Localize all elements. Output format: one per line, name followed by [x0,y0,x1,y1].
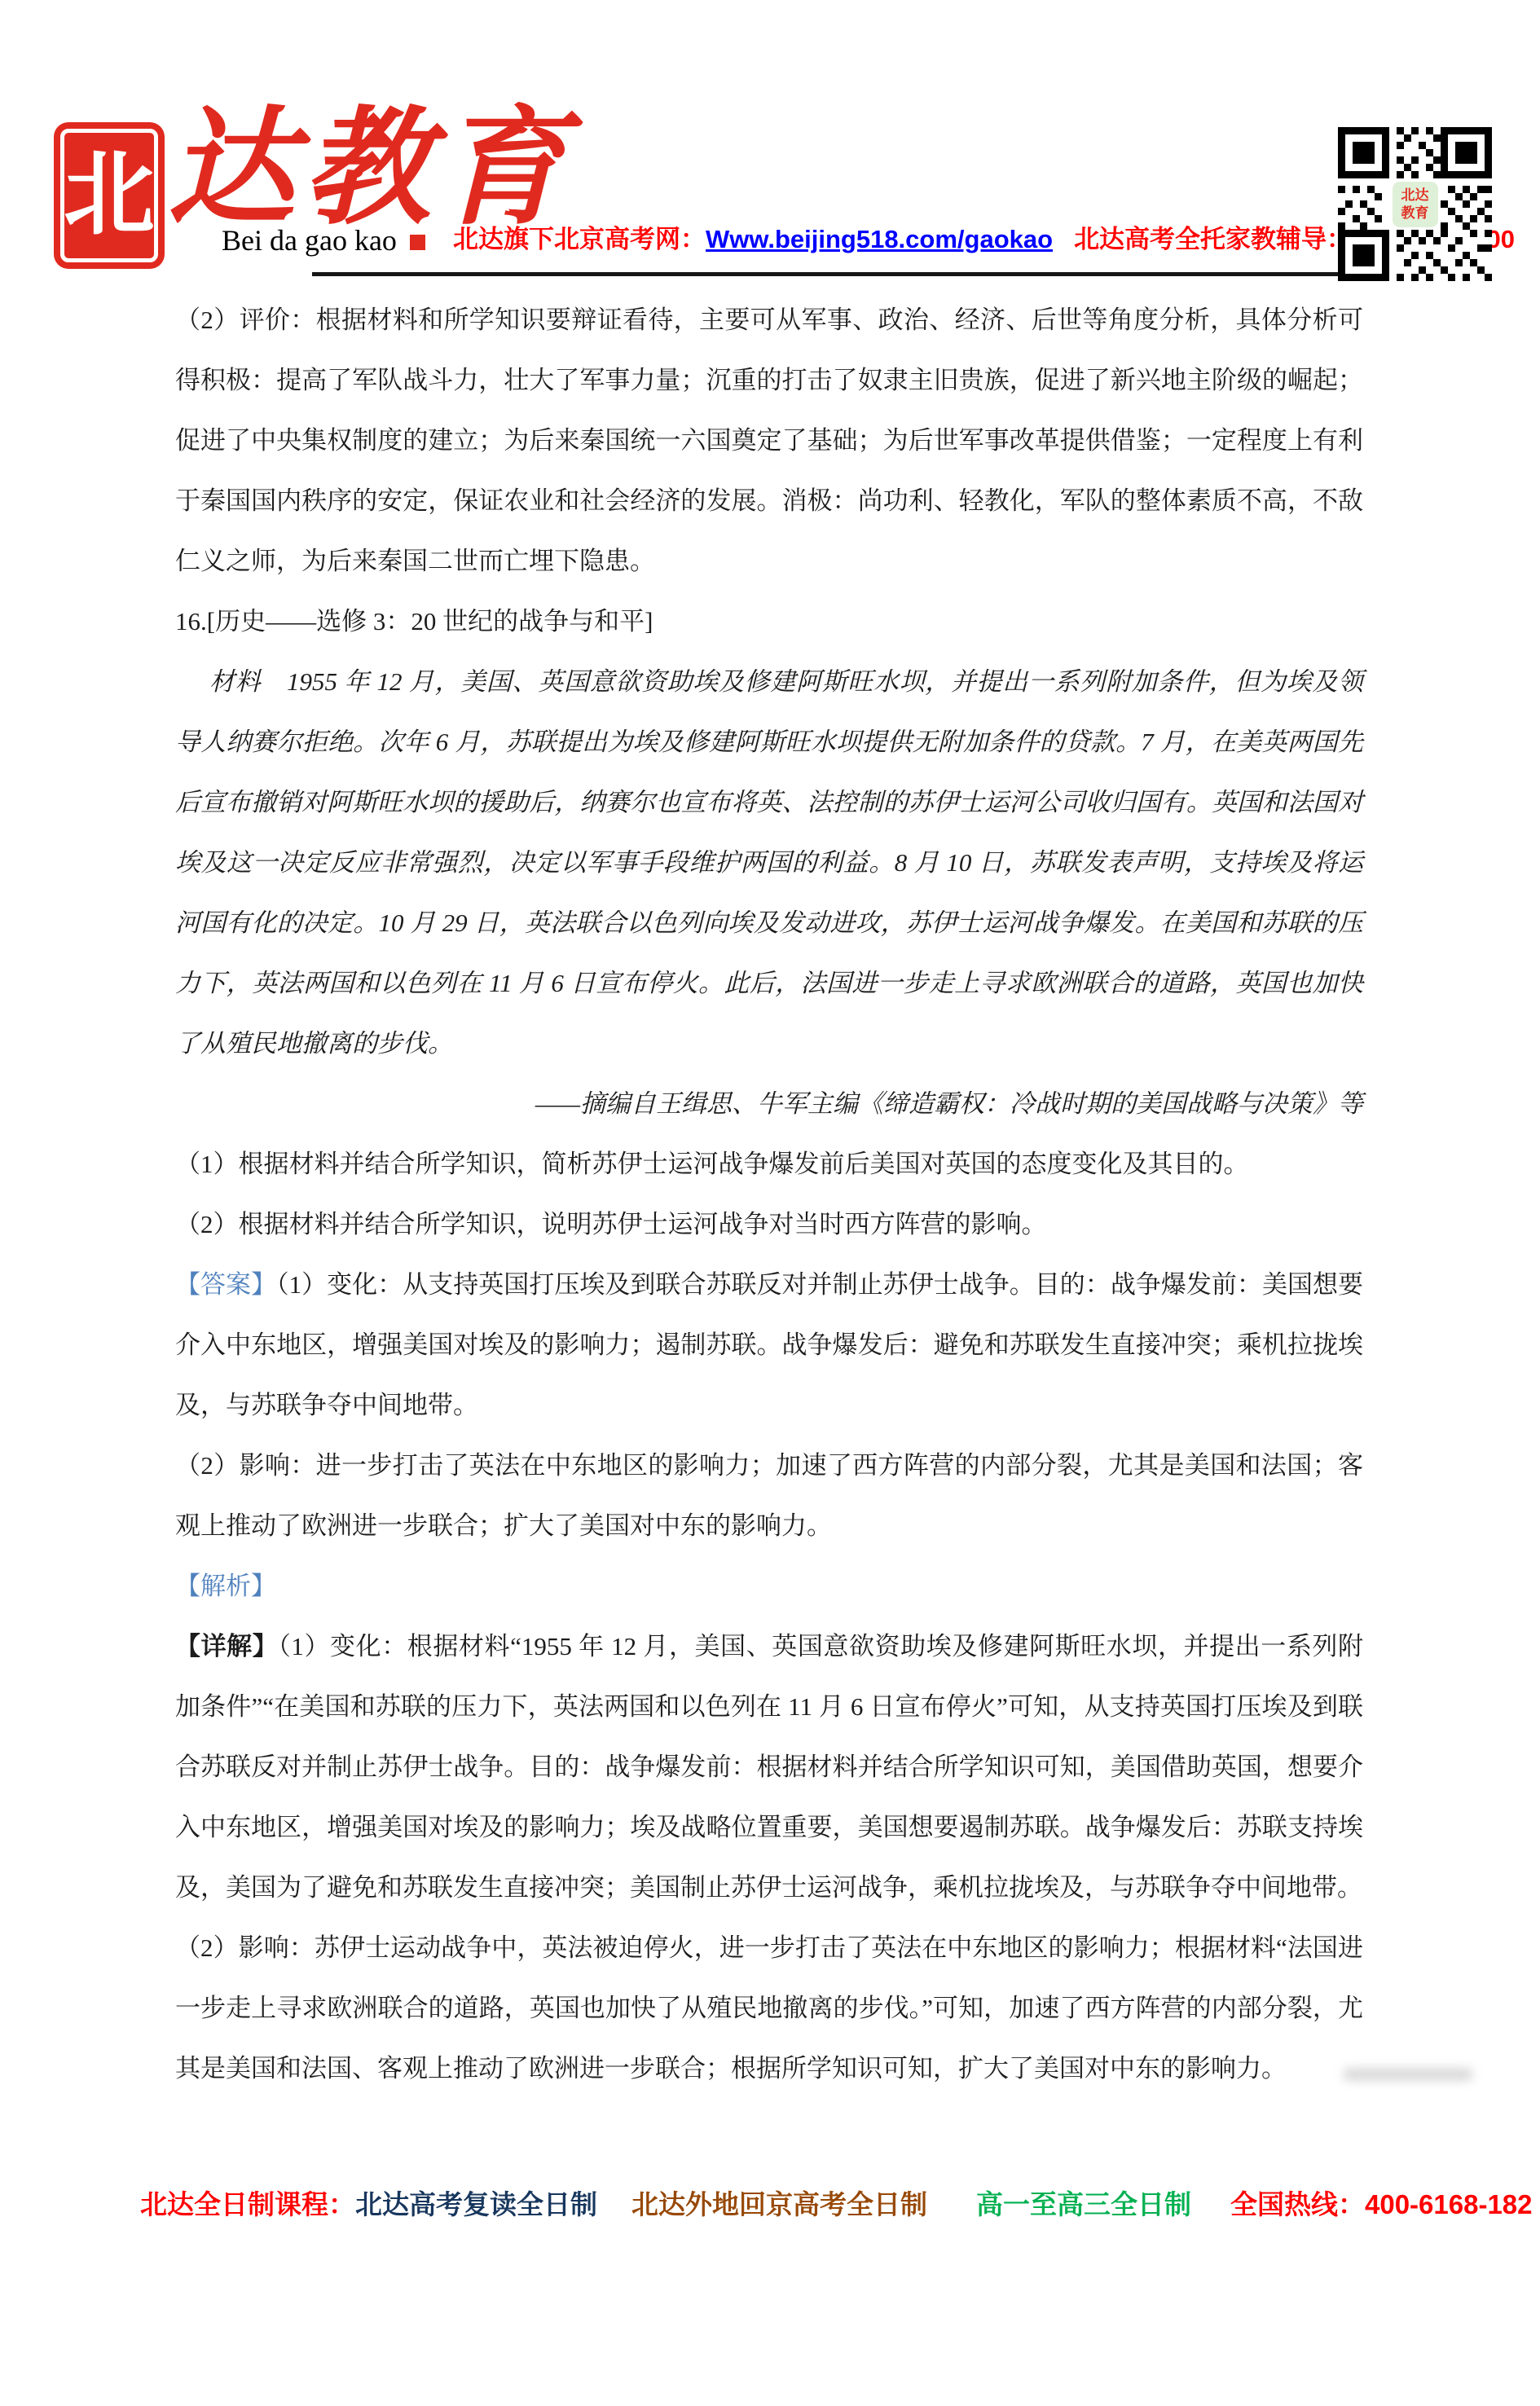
footer-hotline: 全国热线：400-6168-182 [1230,2184,1533,2222]
red-square-icon [410,235,425,250]
paragraph-answer-1: 【答案】（1）变化：从支持英国打压埃及到联合苏联反对并制止苏伊士战争。目的：战争… [175,1255,1363,1436]
analysis-label: 【解析】 [175,1572,276,1600]
footer-program-fulltime-repeat: 北达高考复读全日制 [355,2184,597,2222]
footer-programs-label: 北达全日制课程： [140,2184,355,2222]
brand-pinyin: Bei da gao kao [222,223,425,257]
brand-logo-text: 达教育 [168,103,574,236]
scan-smudge-artifact [1343,2068,1473,2081]
paragraph-answer-2: （2）影响：进一步打击了英法在中东地区的影响力；加速了西方阵营的内部分裂，尤其是… [175,1436,1363,1556]
qr-logo-line1: 北达 [1401,187,1429,204]
qr-logo-line2: 教育 [1401,205,1429,222]
question-16-part1: （1）根据材料并结合所学知识，简析苏伊士运河战争爆发前后美国对英国的态度变化及其… [175,1134,1363,1194]
header-divider [312,272,1406,276]
answer-1-text: （1）变化：从支持英国打压埃及到联合苏联反对并制止苏伊士战争。目的：战争爆发前：… [175,1270,1363,1419]
question-16-heading: 16.[历史——选修 3：20 世纪的战争与和平] [175,592,1363,652]
qr-code: 北达 教育 [1338,127,1492,281]
paragraph-prev-answer-eval: （2）评价：根据材料和所学知识要辩证看待，主要可从军事、政治、经济、后世等角度分… [175,290,1363,592]
footer-program-return-beijing: 北达外地回京高考全日制 [631,2184,927,2222]
brand-seal-logo: 北 [54,122,165,269]
detail-1-text: （1）变化：根据材料“1955 年 12 月，美国、英国意欲资助埃及修建阿斯旺水… [175,1632,1363,1902]
paragraph-detail-1: 【详解】（1）变化：根据材料“1955 年 12 月，美国、英国意欲资助埃及修建… [175,1616,1363,1918]
analysis-label-line: 【解析】 [175,1556,1363,1616]
paragraph-attribution: ——摘编自王缉思、牛军主编《缔造霸权：冷战时期的美国战略与决策》等 [175,1074,1363,1134]
seal-inner-frame: 北 [60,129,158,262]
site-url-link[interactable]: Www.beijing518.com/gaokao [706,225,1053,253]
question-16-part2: （2）根据材料并结合所学知识，说明苏伊士运河战争对当时西方阵营的影响。 [175,1194,1363,1255]
tutor-label: 北达高考全托家教辅导： [1074,225,1352,253]
document-body: （2）评价：根据材料和所学知识要辩证看待，主要可从军事、政治、经济、后世等角度分… [175,290,1363,2099]
pinyin-text: Bei da gao kao [222,224,397,257]
paragraph-detail-2: （2）影响：苏伊士运动战争中，英法被迫停火，进一步打击了英法在中东地区的影响力；… [175,1918,1363,2099]
detail-label: 【详解】 [175,1632,278,1660]
answer-label: 【答案】 [175,1270,276,1299]
footer-program-grades: 高一至高三全日制 [976,2184,1191,2222]
footer-programs-bar: 北达全日制课程：北达高考复读全日制北达外地回京高考全日制高一至高三全日制全国热线… [140,2184,1533,2222]
document-page: 北 达教育 Bei da gao kao 北达旗下北京高考网：Www.beiji… [0,0,1540,2406]
qr-center-logo: 北达 教育 [1393,182,1438,227]
site-label: 北达旗下北京高考网： [453,225,706,253]
paragraph-material: 材料 1955 年 12 月，美国、英国意欲资助埃及修建阿斯旺水坝，并提出一系列… [175,652,1363,1074]
seal-character: 北 [64,150,155,241]
